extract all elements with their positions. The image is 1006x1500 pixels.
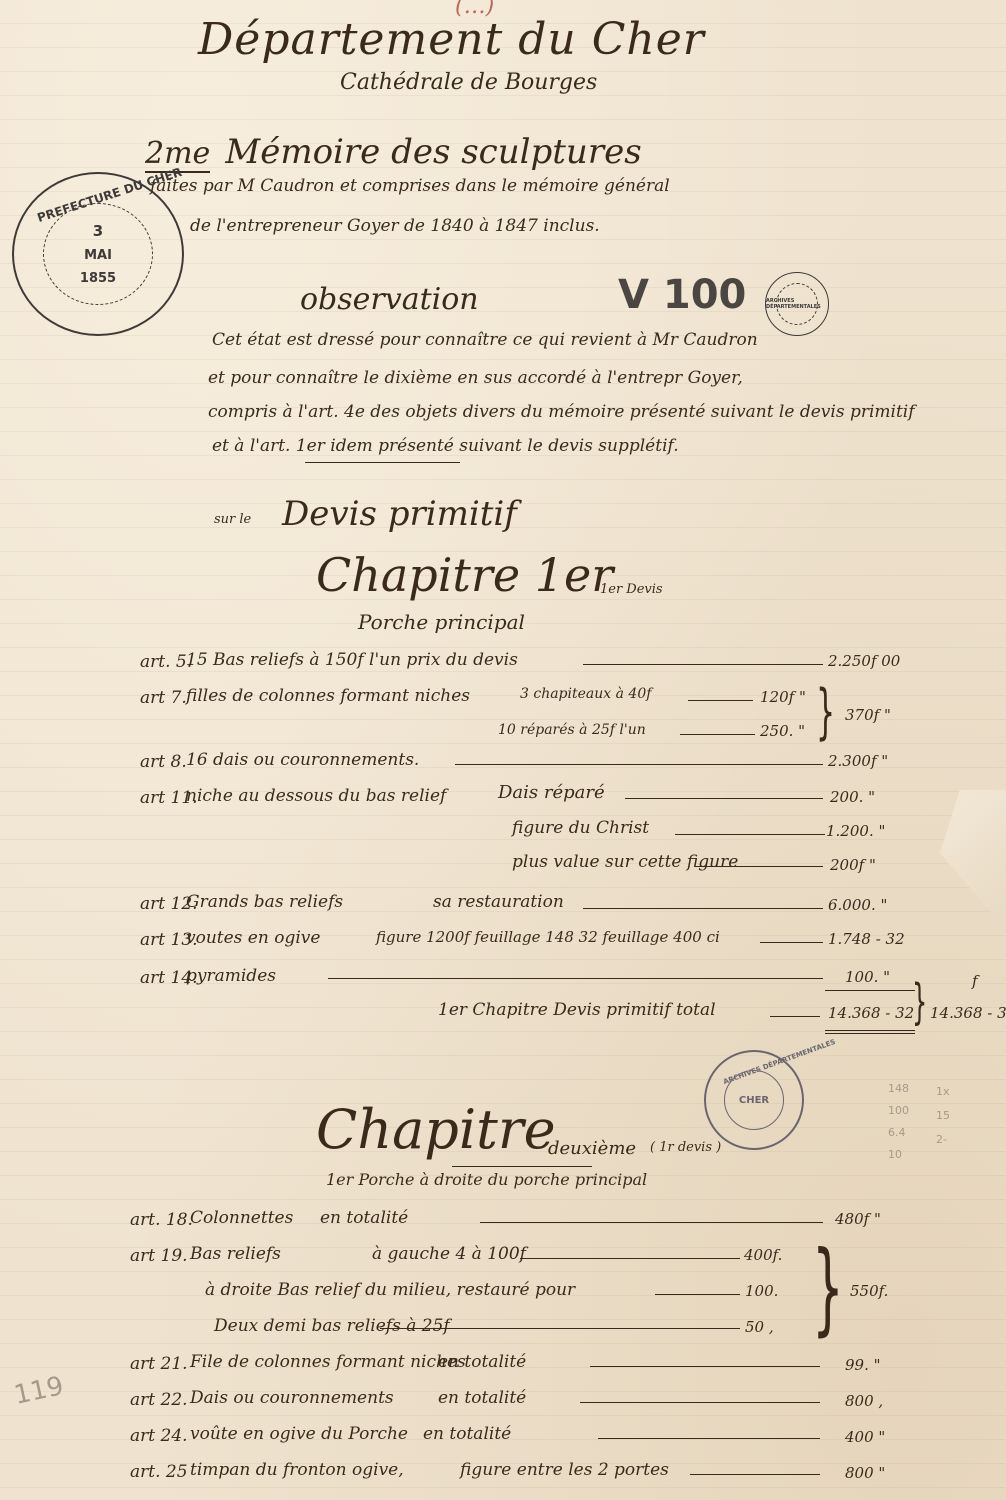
devis-prefix: sur le (214, 512, 251, 527)
ch2-row-desc: timpan du fronton ogive, (190, 1460, 404, 1480)
ch2-row-amount: 100. (745, 1282, 778, 1300)
ch2-row-sub: en totalité (438, 1352, 526, 1372)
ch1-row-desc: 15 Bas reliefs à 150f l'un prix du devis (186, 650, 518, 670)
carried-symbol: f (972, 972, 978, 990)
ch2-row-desc: Dais ou couronnements (190, 1388, 394, 1408)
ch2-row-sub: figure entre les 2 portes (460, 1460, 669, 1480)
ch1-row-desc: voutes en ogive (186, 928, 320, 948)
ch2-row-sub: à droite Bas relief du milieu, restauré … (205, 1280, 575, 1300)
archives-cher-stamp: ARCHIVES DÉPARTEMENTALES CHER (704, 1050, 804, 1150)
total-rule (825, 990, 915, 991)
ch1-row-art: art 8. (140, 752, 187, 772)
leader-line (380, 1328, 740, 1329)
ch1-row-amount: 1.200. " (826, 822, 885, 840)
leader-line (583, 908, 823, 909)
ch1-row-art: art 7. (140, 688, 187, 708)
double-rule (825, 1030, 915, 1034)
pencil-margin-notes: 148 100 6.4 10 (888, 1078, 938, 1166)
ch2-row-art: art 21. (130, 1354, 188, 1374)
ch2-row-art: art. 25 (130, 1462, 188, 1482)
ch1-total-label: 1er Chapitre Devis primitif total (438, 1000, 716, 1020)
chapter1-subtitle: Porche principal (358, 610, 525, 634)
ch1-row-desc: pyramides (186, 966, 276, 986)
memoire-subtitle-line1: faites par M Caudron et comprises dans l… (150, 176, 670, 196)
ch1-row-amount: 120f " (760, 688, 806, 706)
page-number: 119 (11, 1371, 66, 1411)
observation-line-2: et pour connaître le dixième en sus acco… (208, 368, 743, 388)
ch1-row-sub: plus value sur cette figure (512, 852, 738, 872)
ch2-row-amount: 800 , (845, 1392, 883, 1410)
pencil-note: 1x (936, 1080, 950, 1104)
leader-line (680, 734, 755, 735)
ch1-row-desc: niche au dessous du bas relief (186, 786, 446, 806)
ch1-row-amount: 100. " (845, 968, 890, 986)
leader-line (675, 834, 825, 835)
chapter2-subtitle: 1er Porche à droite du porche principal (326, 1170, 647, 1189)
ch1-row-amount: 6.000. " (828, 896, 887, 914)
leader-line (480, 1222, 823, 1223)
leader-line (625, 798, 823, 799)
cathedral-subtitle: Cathédrale de Bourges (340, 70, 597, 95)
archives-small-stamp: ARCHIVES DÉPARTEMENTALES (765, 272, 829, 336)
stamp-inner-ring (776, 283, 818, 325)
leader-line (455, 764, 823, 765)
ch1-art7-subtotal: 370f " (845, 706, 891, 724)
ch1-row-amount: 2.250f 00 (828, 652, 900, 670)
bracket-icon: } (816, 682, 835, 742)
ch2-row-amount: 800 " (845, 1464, 885, 1482)
ch1-row-amount: 2.300f " (828, 752, 888, 770)
chapter2-underline (452, 1166, 592, 1167)
pencil-margin-notes-2: 1x 15 2- (936, 1080, 950, 1152)
observation-line-4: et à l'art. 1er idem présenté suivant le… (212, 436, 679, 456)
leader-line (580, 1402, 820, 1403)
memoire-subtitle-line2: de l'entrepreneur Goyer de 1840 à 1847 i… (190, 216, 600, 236)
ch2-row-amount: 400f. (744, 1246, 782, 1264)
chapter2-title: Chapitre (316, 1098, 556, 1161)
ch1-row-sub: sa restauration (433, 892, 564, 912)
ch1-row-sub: Dais réparé (498, 782, 605, 803)
pencil-note: 10 (888, 1144, 938, 1166)
ch1-row-sub: figure du Christ (512, 818, 649, 838)
chapter1-title: Chapitre 1er (316, 548, 613, 602)
archives-ring-text: ARCHIVES DÉPARTEMENTALES (722, 1038, 836, 1086)
leader-line (598, 1438, 820, 1439)
leader-line (760, 942, 823, 943)
ch1-row-desc: 16 dais ou couronnements. (186, 750, 419, 770)
ch2-row-desc: voûte en ogive du Porche (190, 1424, 408, 1444)
ch2-row-sub: à gauche 4 à 100f (372, 1244, 526, 1264)
pencil-note: 148 (888, 1078, 938, 1100)
leader-line (690, 1474, 820, 1475)
ch2-row-sub: en totalité (423, 1424, 511, 1444)
observation-title: observation (300, 282, 479, 317)
ch1-row-amount: 200. " (830, 788, 875, 806)
bracket-icon: } (912, 978, 927, 1026)
observation-line-1: Cet état est dressé pour connaître ce qu… (212, 330, 758, 350)
leader-line (328, 978, 823, 979)
pencil-note: 15 (936, 1104, 950, 1128)
leader-line (590, 1366, 820, 1367)
department-title: Département du Cher (198, 14, 705, 65)
ch2-row-desc: Bas reliefs (190, 1244, 281, 1264)
chapter2-title-suffix: deuxième (548, 1138, 636, 1159)
ch1-row-sub: 10 réparés à 25f l'un (498, 722, 646, 738)
chapter1-note: 1er Devis (600, 582, 663, 597)
pencil-note: 2- (936, 1128, 950, 1152)
ch2-row-desc: File de colonnes formant niches (190, 1352, 466, 1372)
leader-line (520, 1258, 740, 1259)
pencil-note: 100 (888, 1100, 938, 1122)
ch2-row-sub: en totalité (438, 1388, 526, 1408)
ch2-row-sub: Deux demi bas reliefs à 25f (214, 1316, 450, 1336)
ch1-row-amount: 1.748 - 32 (828, 930, 905, 948)
ch2-row-amount: 400 " (845, 1428, 885, 1446)
chapter2-note: ( 1r devis ) (650, 1140, 721, 1155)
ch1-row-amount: 200f " (830, 856, 876, 874)
memoire-heading: 2me Mémoire des sculptures (145, 132, 642, 172)
ch2-row-art: art 24. (130, 1426, 188, 1446)
ch1-row-sub: figure 1200f feuillage 148 32 feuillage … (376, 928, 720, 946)
ch1-row-sub: 3 chapiteaux à 40f (520, 686, 651, 702)
ch2-row-amount: 50 , (745, 1318, 774, 1336)
ch1-row-desc: filles de colonnes formant niches (186, 686, 470, 706)
devis-title: Devis primitif (282, 494, 517, 534)
pencil-note: 6.4 (888, 1122, 938, 1144)
ch1-row-desc: Grands bas reliefs (186, 892, 343, 912)
ch2-row-art: art 22. (130, 1390, 188, 1410)
ch1-carried-total: 14.368 - 32 (930, 1004, 1006, 1022)
call-number-stamp: V 100 (618, 272, 746, 318)
ch1-total-amount: 14.368 - 32 (828, 1004, 914, 1022)
folded-paper-corner (940, 790, 1006, 930)
observation-line-3: compris à l'art. 4e des objets divers du… (208, 402, 915, 422)
leader-line (688, 700, 753, 701)
ch2-row-art: art. 18. (130, 1210, 193, 1230)
ch2-art19-subtotal: 550f. (850, 1282, 888, 1300)
memoire-title: Mémoire des sculptures (225, 132, 641, 172)
ch2-row-sub: en totalité (320, 1208, 408, 1228)
ch2-row-desc: Colonnettes (190, 1208, 293, 1228)
ch2-row-amount: 480f " (835, 1210, 881, 1228)
ch1-row-art: art. 5. (140, 652, 192, 672)
bracket-icon: } (812, 1238, 844, 1338)
ch1-row-amount: 250. " (760, 722, 805, 740)
observation-underline (305, 462, 460, 463)
leader-line (770, 1016, 820, 1017)
leader-line (695, 866, 823, 867)
leader-line (655, 1294, 740, 1295)
ch2-row-art: art 19. (130, 1246, 188, 1266)
ch2-row-amount: 99. " (845, 1356, 881, 1374)
prefecture-stamp: PREFECTURE DU CHER 3 MAI 1855 (12, 172, 184, 336)
leader-line (583, 664, 823, 665)
